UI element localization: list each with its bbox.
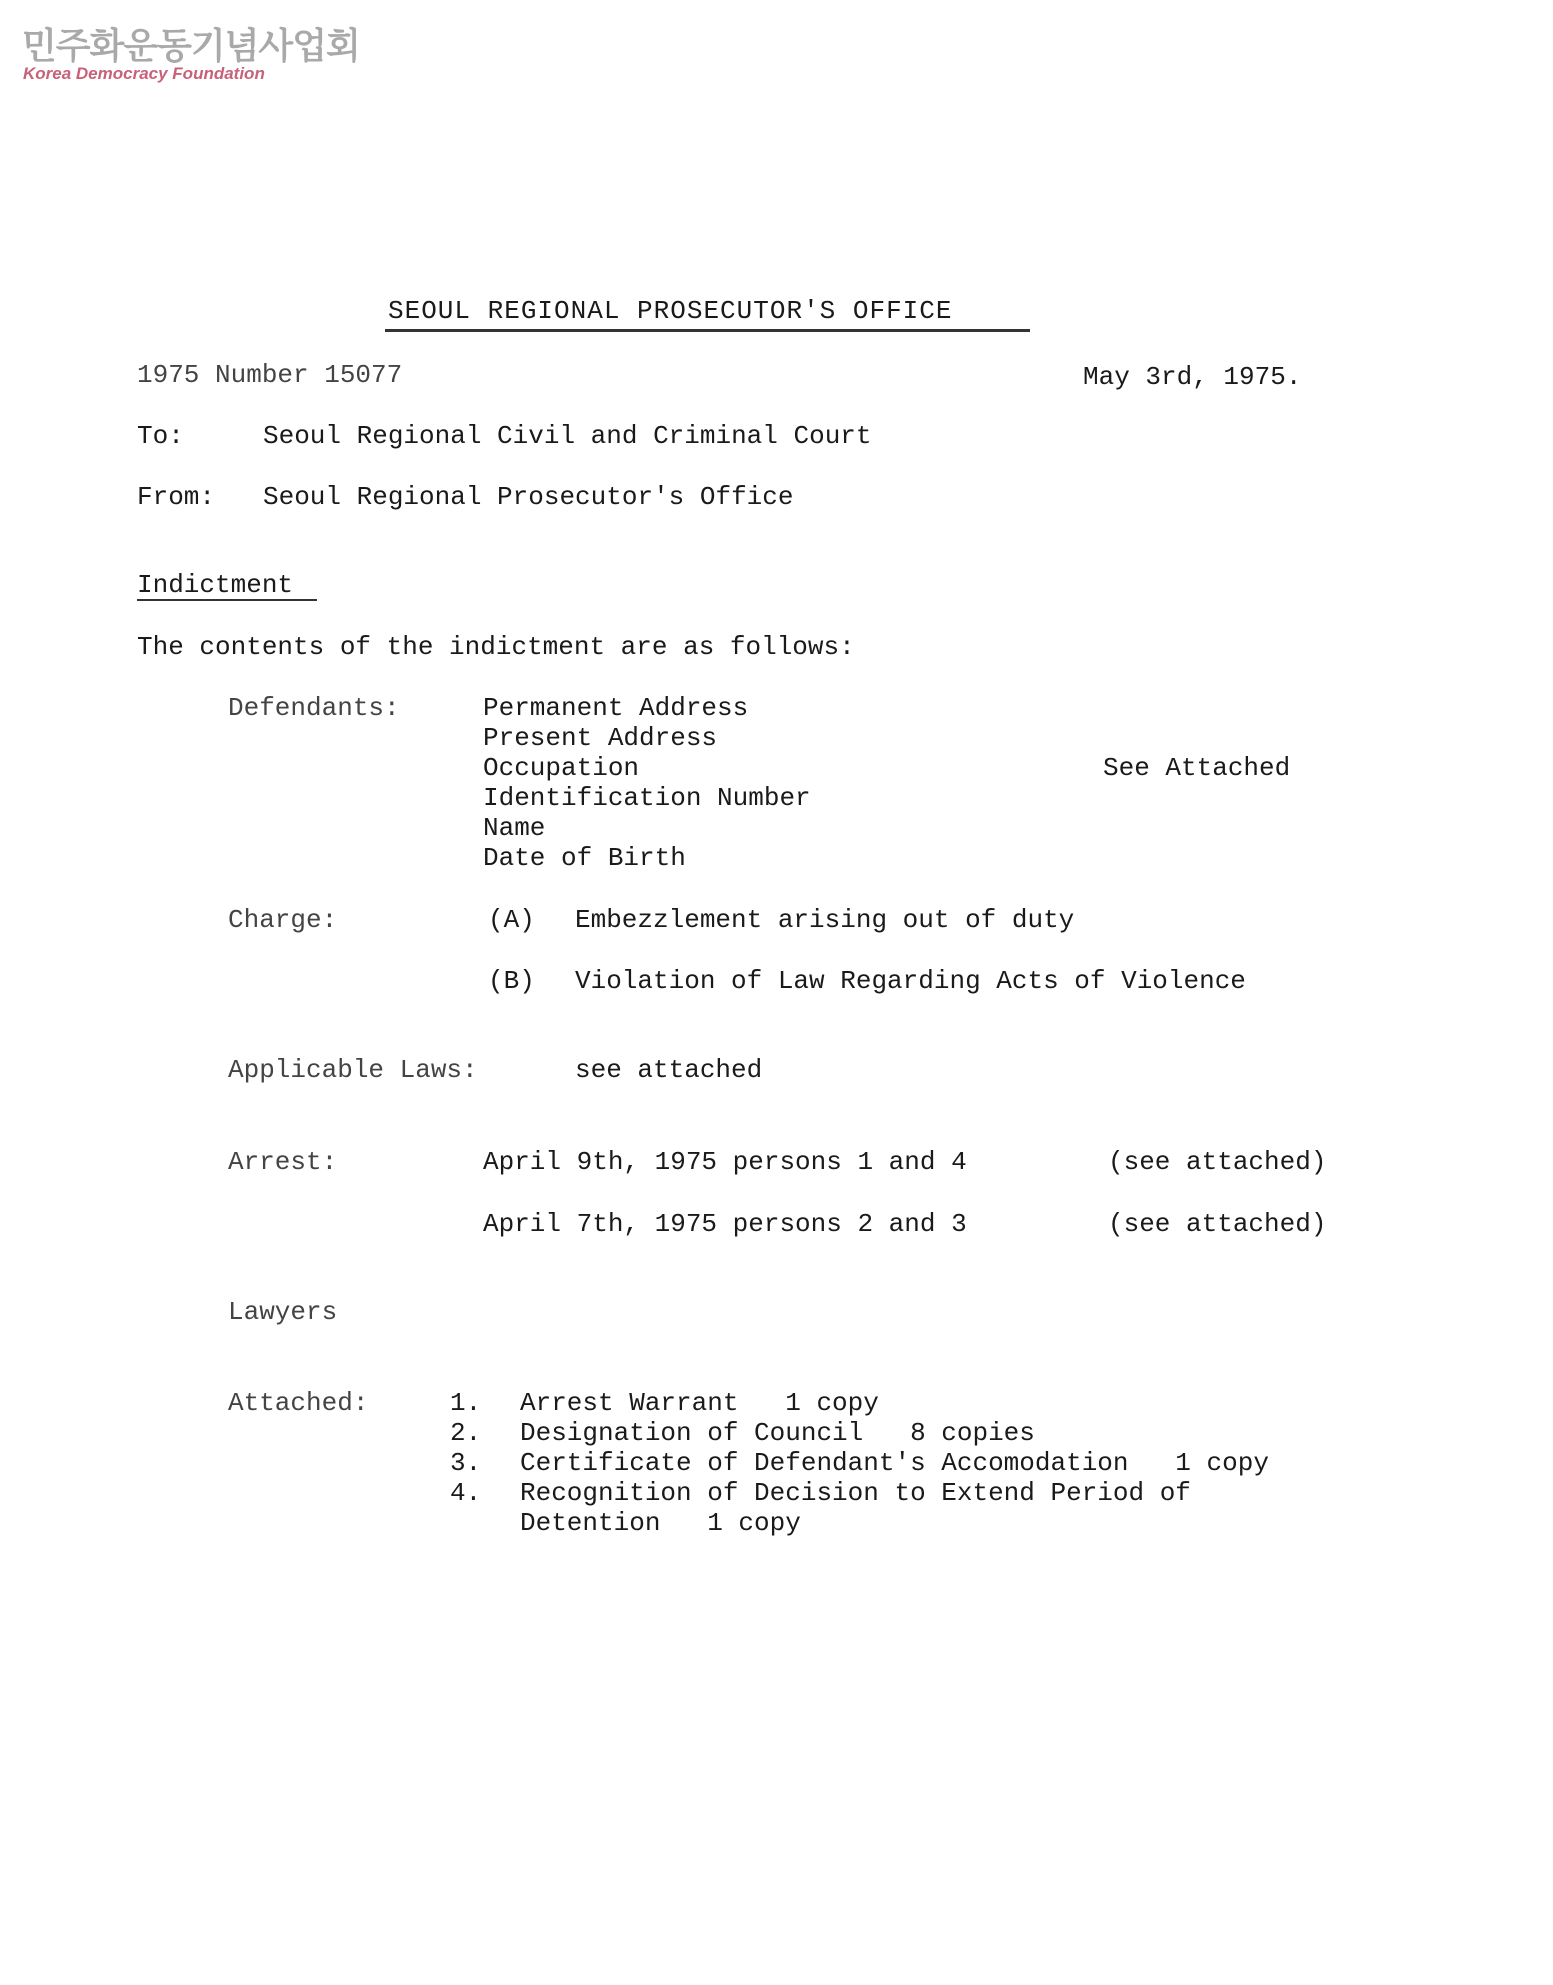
defendants-label: Defendants: <box>228 693 400 723</box>
lawyers-label: Lawyers <box>228 1297 337 1327</box>
charge-marker: (A) <box>488 905 535 935</box>
arrest-note: (see attached) <box>1108 1147 1326 1177</box>
defendant-field: Identification Number <box>483 783 811 813</box>
to-label: To: <box>137 421 184 451</box>
charge-marker: (B) <box>488 966 535 996</box>
attached-num: 2. <box>450 1418 481 1448</box>
defendants-note: See Attached <box>1103 753 1290 783</box>
arrest-label: Arrest: <box>228 1147 337 1177</box>
applicable-laws-value: see attached <box>575 1055 762 1085</box>
section-heading: Indictment <box>137 570 293 600</box>
attached-num: 3. <box>450 1448 481 1478</box>
attached-item: Designation of Council 8 copies <box>520 1418 1035 1448</box>
intro-text: The contents of the indictment are as fo… <box>137 632 855 662</box>
charge-text: Violation of Law Regarding Acts of Viole… <box>575 966 1246 996</box>
attached-num: 4. <box>450 1478 481 1508</box>
defendant-field: Present Address <box>483 723 717 753</box>
to-value: Seoul Regional Civil and Criminal Court <box>263 421 872 451</box>
applicable-laws-label: Applicable Laws: <box>228 1055 478 1085</box>
arrest-note: (see attached) <box>1108 1209 1326 1239</box>
heading-underline <box>137 599 317 601</box>
document-number: 1975 Number 15077 <box>137 360 402 390</box>
attached-item: Certificate of Defendant's Accomodation … <box>520 1448 1269 1478</box>
attached-item: Arrest Warrant 1 copy <box>520 1388 879 1418</box>
arrest-text: April 7th, 1975 persons 2 and 3 <box>483 1209 967 1239</box>
from-value: Seoul Regional Prosecutor's Office <box>263 482 794 512</box>
attached-label: Attached: <box>228 1388 368 1418</box>
from-label: From: <box>137 482 215 512</box>
foundation-logo-korean: 민주화운동기념사업회 <box>22 18 360 69</box>
foundation-logo-english: Korea Democracy Foundation <box>23 64 265 84</box>
charge-label: Charge: <box>228 905 337 935</box>
attached-num: 1. <box>450 1388 481 1418</box>
defendant-field: Occupation <box>483 753 639 783</box>
attached-item-continuation: Detention 1 copy <box>520 1508 801 1538</box>
title-underline <box>385 329 1030 332</box>
attached-item: Recognition of Decision to Extend Period… <box>520 1478 1191 1508</box>
charge-text: Embezzlement arising out of duty <box>575 905 1074 935</box>
defendant-field: Name <box>483 813 545 843</box>
arrest-text: April 9th, 1975 persons 1 and 4 <box>483 1147 967 1177</box>
defendant-field: Permanent Address <box>483 693 748 723</box>
document-date: May 3rd, 1975. <box>1083 362 1301 392</box>
document-title: SEOUL REGIONAL PROSECUTOR'S OFFICE <box>388 296 953 326</box>
defendant-field: Date of Birth <box>483 843 686 873</box>
